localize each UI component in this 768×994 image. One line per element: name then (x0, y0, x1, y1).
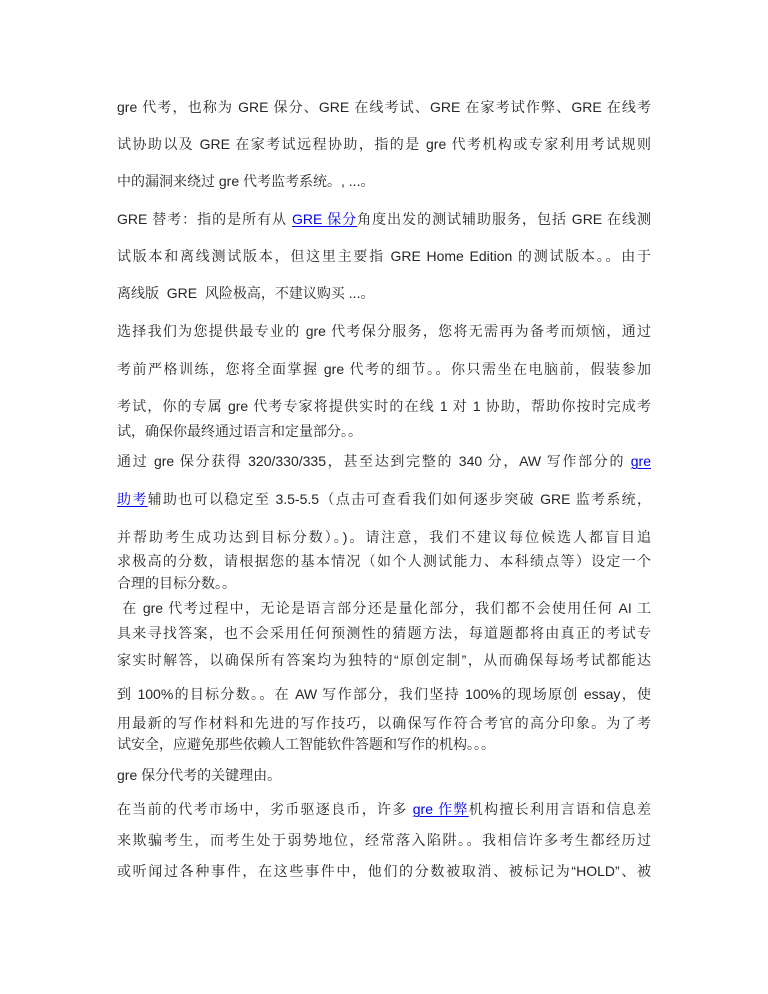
text-run: GRE 替考：指的是所有从 (117, 211, 292, 227)
text-run: 到 100%的目标分数。。在 AW 写作部分，我们坚持 100%的现场原创 es… (117, 686, 651, 702)
text-run: 并帮助考生成功达到目标分数）。)。请注意，我们不建议每位候选人都盲目追 (117, 529, 651, 545)
link-gre-zhukao-part1[interactable]: gre (631, 453, 651, 469)
text-run: 考前严格训练，您将全面掌握 gre 代考的细节。。你只需坐在电脑前，假装参加 (117, 361, 651, 377)
text-line: 考前严格训练，您将全面掌握 gre 代考的细节。。你只需坐在电脑前，假装参加 (117, 359, 651, 380)
text-run: gre 代考，也称为 GRE 保分、GRE 在线考试、GRE 在家考试作弊、GR… (117, 99, 651, 115)
text-line: 来欺骗考生，而考生处于弱势地位，经常落入陷阱。。我相信许多考生都经历过 (117, 830, 651, 851)
text-run: 用最新的写作材料和先进的写作技巧，以确保写作符合考官的高分印象。为了考 (117, 715, 651, 731)
text-line: 到 100%的目标分数。。在 AW 写作部分，我们坚持 100%的现场原创 es… (117, 684, 651, 705)
text-line: GRE 替考：指的是所有从 GRE 保分角度出发的测试辅助服务，包括 GRE 在… (117, 209, 651, 230)
text-line: 试安全，应避免那些依赖人工智能软件答题和写作的机构。。。 (117, 734, 651, 755)
text-line: 中的漏洞来绕过 gre 代考监考系统。, ...。 (117, 171, 651, 192)
text-run: 选择我们为您提供最专业的 gre 代考保分服务，您将无需再为备考而烦恼，通过 (117, 323, 651, 339)
text-line: 在 gre 代考过程中，无论是语言部分还是量化部分，我们都不会使用任何 AI 工 (117, 598, 651, 619)
text-line: 或听闻过各种事件，在这些事件中，他们的分数被取消、被标记为“HOLD”、被 (117, 861, 651, 882)
text-line: 离线版 GRE 风险极高，不建议购买 ...。 (117, 283, 651, 304)
text-line: 试版本和离线测试版本，但这里主要指 GRE Home Edition 的测试版本… (117, 246, 651, 267)
link-gre-zhukao-part2[interactable]: 助考 (117, 491, 148, 507)
document-content: gre 代考，也称为 GRE 保分、GRE 在线考试、GRE 在家考试作弊、GR… (117, 0, 651, 994)
text-run: 试安全，应避免那些依赖人工智能软件答题和写作的机构。。。 (117, 736, 495, 752)
text-run: 家实时解答，以确保所有答案均为独特的“原创定制”，从而确保每场考试都能达 (117, 652, 651, 668)
document-page: gre 代考，也称为 GRE 保分、GRE 在线考试、GRE 在家考试作弊、GR… (0, 0, 768, 994)
text-line: 通过 gre 保分获得 320/330/335，甚至达到完整的 340 分，AW… (117, 451, 651, 472)
text-line: 家实时解答，以确保所有答案均为独特的“原创定制”，从而确保每场考试都能达 (117, 650, 651, 671)
text-line: 并帮助考生成功达到目标分数）。)。请注意，我们不建议每位候选人都盲目追 (117, 527, 651, 548)
text-run: 合理的目标分数。。 (117, 575, 236, 591)
text-line: 在当前的代考市场中，劣币驱逐良币，许多 gre 作弊机构擅长利用言语和信息差 (117, 799, 651, 820)
text-run: 来欺骗考生，而考生处于弱势地位，经常落入陷阱。。我相信许多考生都经历过 (117, 832, 651, 848)
text-line: 试协助以及 GRE 在家考试远程协助，指的是 gre 代考机构或专家利用考试规则 (117, 134, 651, 155)
text-line: 试，确保你最终通过语言和定量部分。。 (117, 421, 651, 442)
text-run: 在 gre 代考过程中，无论是语言部分还是量化部分，我们都不会使用任何 AI 工 (117, 600, 651, 616)
text-line: 合理的目标分数。。 (117, 573, 651, 594)
text-line: 考试，你的专属 gre 代考专家将提供实时的在线 1 对 1 协助，帮助你按时完… (117, 396, 651, 417)
text-run: 考试，你的专属 gre 代考专家将提供实时的在线 1 对 1 协助，帮助你按时完… (117, 398, 651, 414)
text-line: 选择我们为您提供最专业的 gre 代考保分服务，您将无需再为备考而烦恼，通过 (117, 321, 651, 342)
text-line: 助考辅助也可以稳定至 3.5-5.5（点击可查看我们如何逐步突破 GRE 监考系… (117, 489, 651, 510)
text-line: 具来寻找答案，也不会采用任何预测性的猜题方法，每道题都将由真正的考试专 (117, 623, 651, 644)
link-gre-zuobi[interactable]: gre 作弊 (413, 801, 469, 817)
text-run: 通过 gre 保分获得 320/330/335，甚至达到完整的 340 分，AW… (117, 453, 631, 469)
text-run: 角度出发的测试辅助服务，包括 GRE 在线测 (357, 211, 651, 227)
text-run: 试，确保你最终通过语言和定量部分。。 (117, 423, 362, 439)
text-line: gre 保分代考的关键理由。 (117, 765, 651, 786)
text-run: 具来寻找答案，也不会采用任何预测性的猜题方法，每道题都将由真正的考试专 (117, 625, 651, 641)
text-run: 机构擅长利用言语和信息差 (469, 801, 651, 817)
text-run: gre 保分代考的关键理由。 (117, 767, 281, 783)
text-run: 试协助以及 GRE 在家考试远程协助，指的是 gre 代考机构或专家利用考试规则 (117, 136, 651, 152)
text-run: 中的漏洞来绕过 gre 代考监考系统。, ...。 (117, 173, 374, 189)
text-line: 求极高的分数，请根据您的基本情况（如个人测试能力、本科绩点等）设定一个 (117, 551, 651, 572)
text-run: 辅助也可以稳定至 3.5-5.5（点击可查看我们如何逐步突破 GRE 监考系统， (148, 491, 651, 507)
text-run: 求极高的分数，请根据您的基本情况（如个人测试能力、本科绩点等）设定一个 (117, 553, 651, 569)
text-run: 或听闻过各种事件，在这些事件中，他们的分数被取消、被标记为“HOLD”、被 (117, 863, 651, 879)
text-line: gre 代考，也称为 GRE 保分、GRE 在线考试、GRE 在家考试作弊、GR… (117, 97, 651, 118)
text-line: 用最新的写作材料和先进的写作技巧，以确保写作符合考官的高分印象。为了考 (117, 713, 651, 734)
text-run: 试版本和离线测试版本，但这里主要指 GRE Home Edition 的测试版本… (117, 248, 651, 264)
link-gre-baofen[interactable]: GRE 保分 (292, 211, 357, 227)
text-run: 离线版 GRE 风险极高，不建议购买 ...。 (117, 285, 374, 301)
text-run: 在当前的代考市场中，劣币驱逐良币，许多 (117, 801, 413, 817)
